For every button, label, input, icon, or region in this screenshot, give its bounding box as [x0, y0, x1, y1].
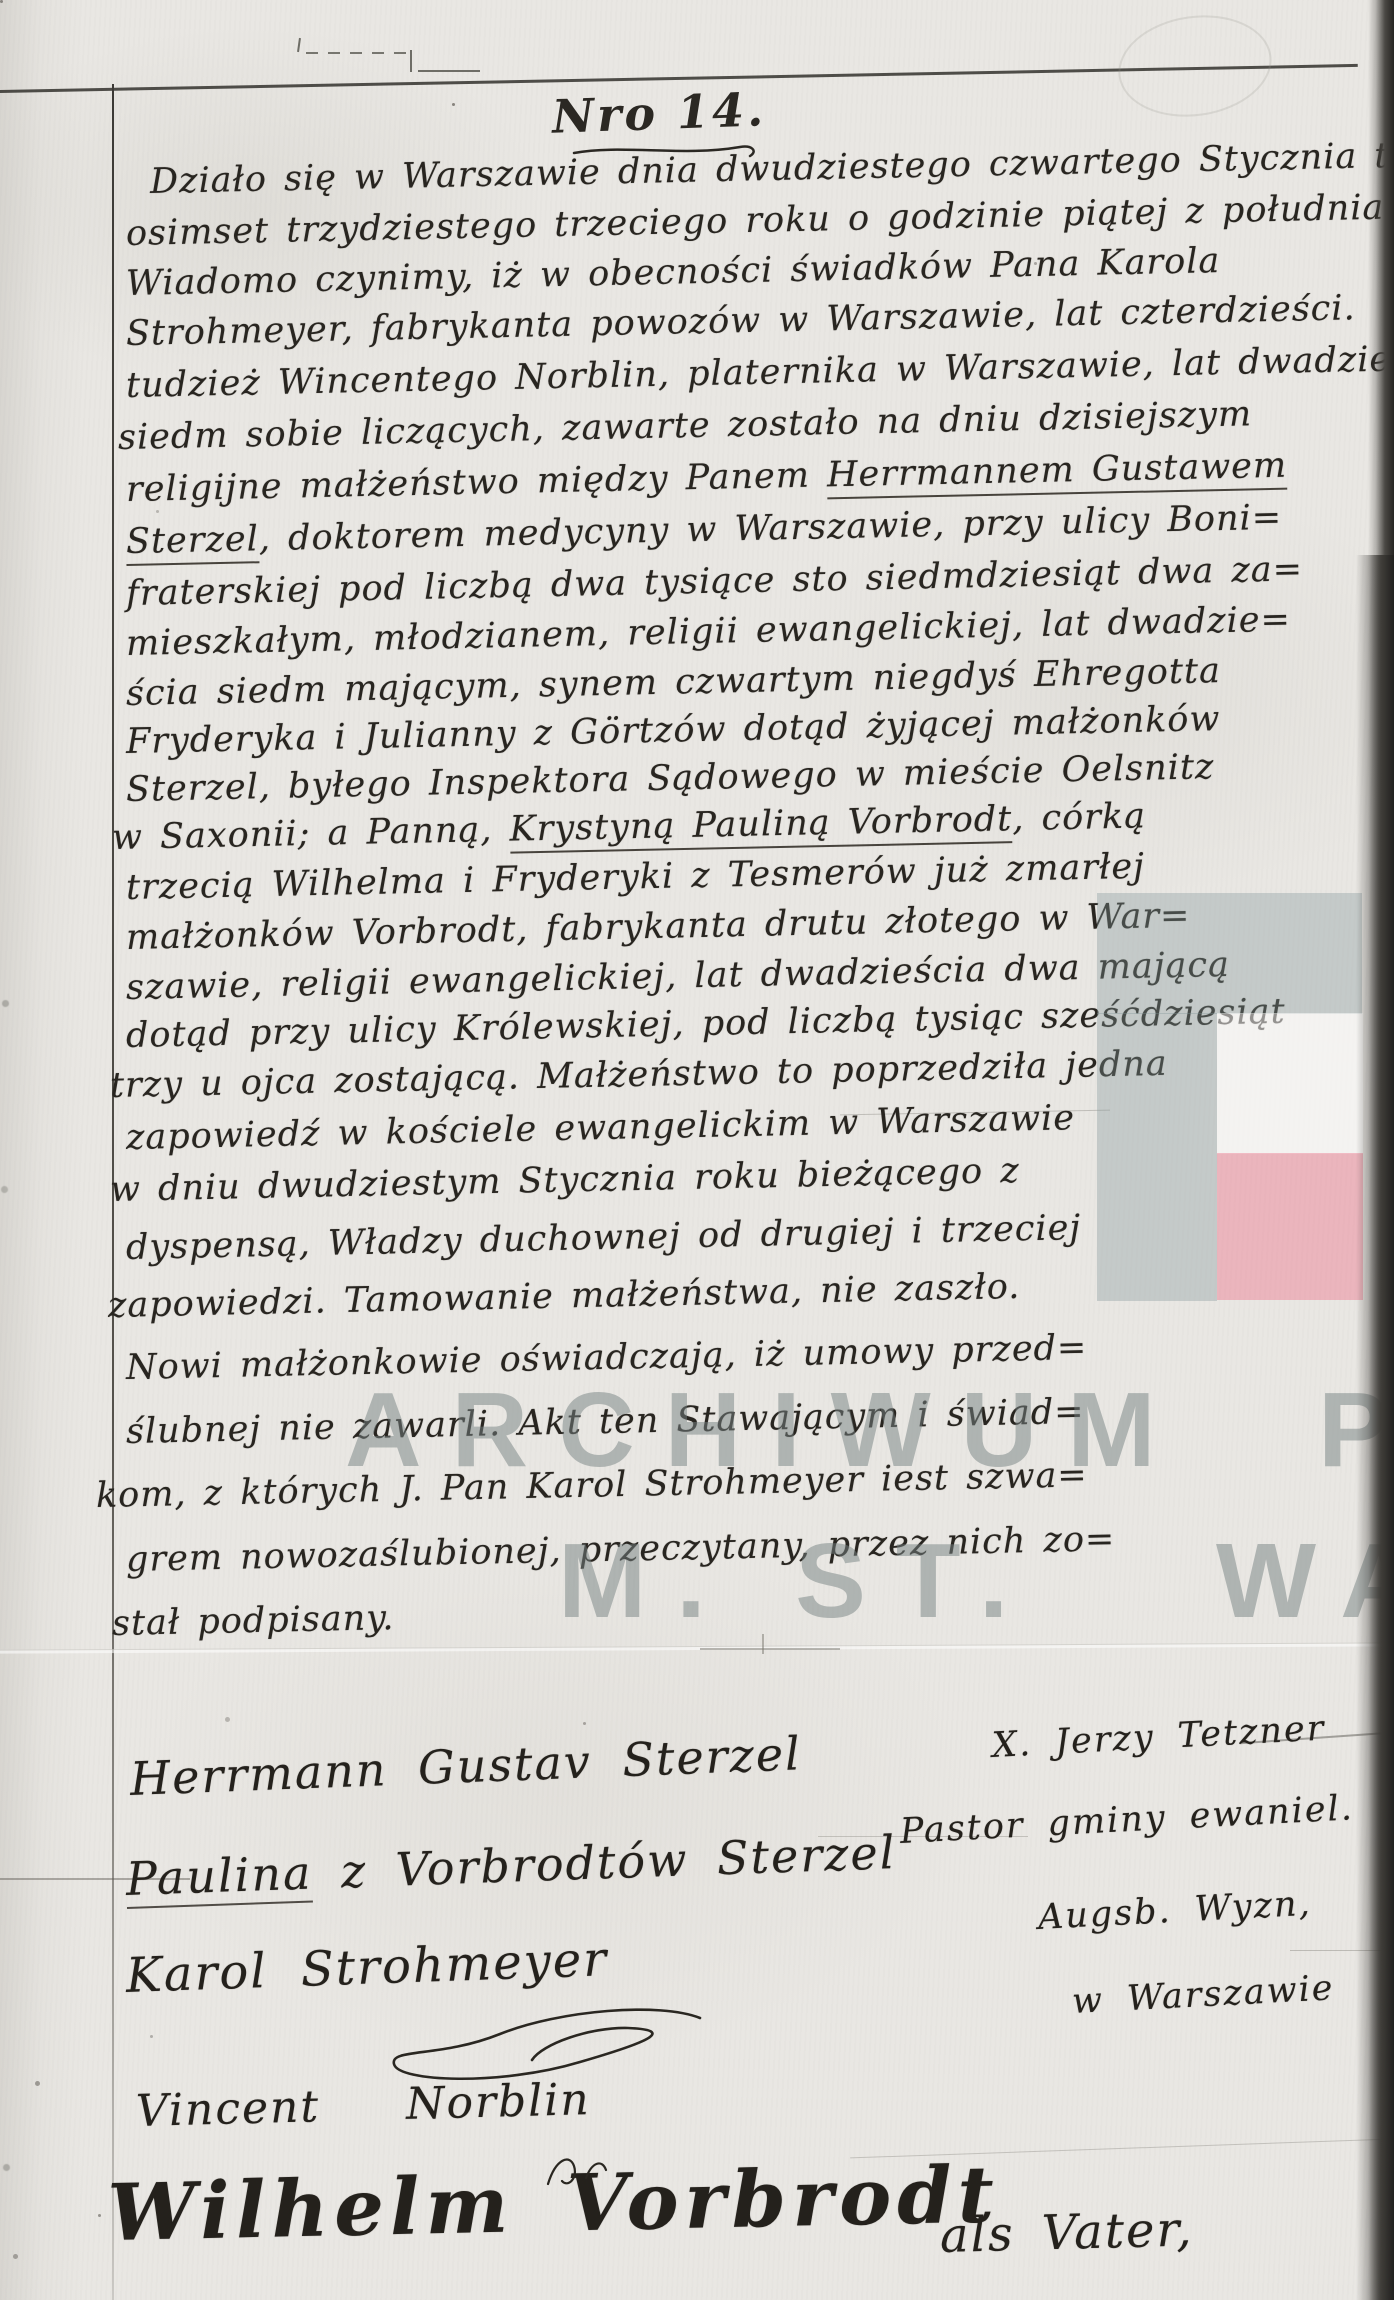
text-segment: zapowiedź w kościele ewangelickim w Wars…	[126, 1098, 1076, 1158]
norblin-flourish	[540, 2146, 620, 2196]
highlight-gray-column	[1097, 1013, 1217, 1301]
signature-paulina-vorbrodt-sterzel: Paulina z Vorbrodtów Sterzel	[125, 1825, 897, 1906]
pencil-tick	[410, 50, 412, 72]
pastor-confession-line: Augsb. Wyzn,	[1037, 1884, 1313, 1938]
underlined-text: Paulina	[125, 1846, 313, 1909]
signature-pastor-jerzy-tetzner: X. Jerzy Tetzner	[991, 1709, 1326, 1766]
signature-note-als-vater: als Vater,	[939, 2201, 1194, 2264]
signature-karol-strohmeyer: Karol Strohmeyer	[125, 1931, 609, 2004]
highlight-gray-wide	[1097, 893, 1362, 1014]
text-segment: , córką	[1012, 796, 1147, 839]
text-segment: religijne małżeństwo między Panem	[126, 455, 828, 510]
text-segment: w dniu dwudziestym Stycznia roku bieżące…	[110, 1151, 1021, 1210]
text-segment: dyspensą, Władzy duchownej od drugiej i …	[126, 1208, 1082, 1268]
pastor-title-line: Pastor gminy ewaniel.	[899, 1788, 1355, 1852]
scanned-marriage-record-page: Nro 14. Działo się w Warszawie dnia dwud…	[0, 0, 1394, 2300]
paper-crease	[0, 1642, 1394, 1653]
underlined-text: Sterzel	[126, 519, 260, 566]
manuscript-line: zapowiedzi. Tamowanie małżeństwa, nie za…	[108, 1265, 1021, 1328]
watermark-text-row1: ARCHIWUM	[345, 1377, 1186, 1483]
pencil-line	[700, 1648, 840, 1650]
pencil-line	[418, 70, 480, 72]
signature-herrmann-gustav-sterzel: Herrmann Gustav Sterzel	[129, 1726, 803, 1806]
paper-speckles	[0, 0, 3, 3]
record-number: Nro 14.	[551, 82, 767, 143]
text-segment: zapowiedzi. Tamowanie małżeństwa, nie za…	[108, 1267, 1021, 1326]
text-segment: w Saxonii; a Panną,	[112, 810, 510, 858]
text-segment: stał podpisany.	[112, 1598, 395, 1644]
text-segment: Herrmann Gustav Sterzel	[129, 1726, 803, 1806]
pencil-dashed-line	[306, 52, 408, 54]
underlined-text: Herrmannem Gustawem	[827, 446, 1288, 500]
manuscript-line: stał podpisany.	[112, 1596, 395, 1646]
watermark-text-row2: M. ST.	[558, 1528, 1038, 1634]
scan-right-edge-shadow-lower	[1356, 555, 1394, 2300]
text-segment: als Vater,	[939, 2201, 1194, 2264]
strohmeyer-signature-flourish	[380, 2000, 720, 2110]
pencil-tick	[297, 38, 301, 52]
underlined-text: Krystyną Pauliną Vorbrodt	[509, 799, 1013, 854]
highlight-pink-block	[1217, 1153, 1363, 1300]
erased-stamp-outline	[1112, 6, 1278, 126]
manuscript-line: dyspensą, Władzy duchownej od drugiej i …	[126, 1206, 1082, 1270]
text-segment: z Vorbrodtów Sterzel	[311, 1825, 897, 1899]
pastor-city-line: w Warszawie	[1071, 1968, 1335, 2022]
manuscript-line: w dniu dwudziestym Stycznia roku bieżące…	[110, 1149, 1021, 1212]
text-segment: Karol Strohmeyer	[125, 1931, 609, 2004]
highlight-light-block	[1217, 1013, 1363, 1154]
